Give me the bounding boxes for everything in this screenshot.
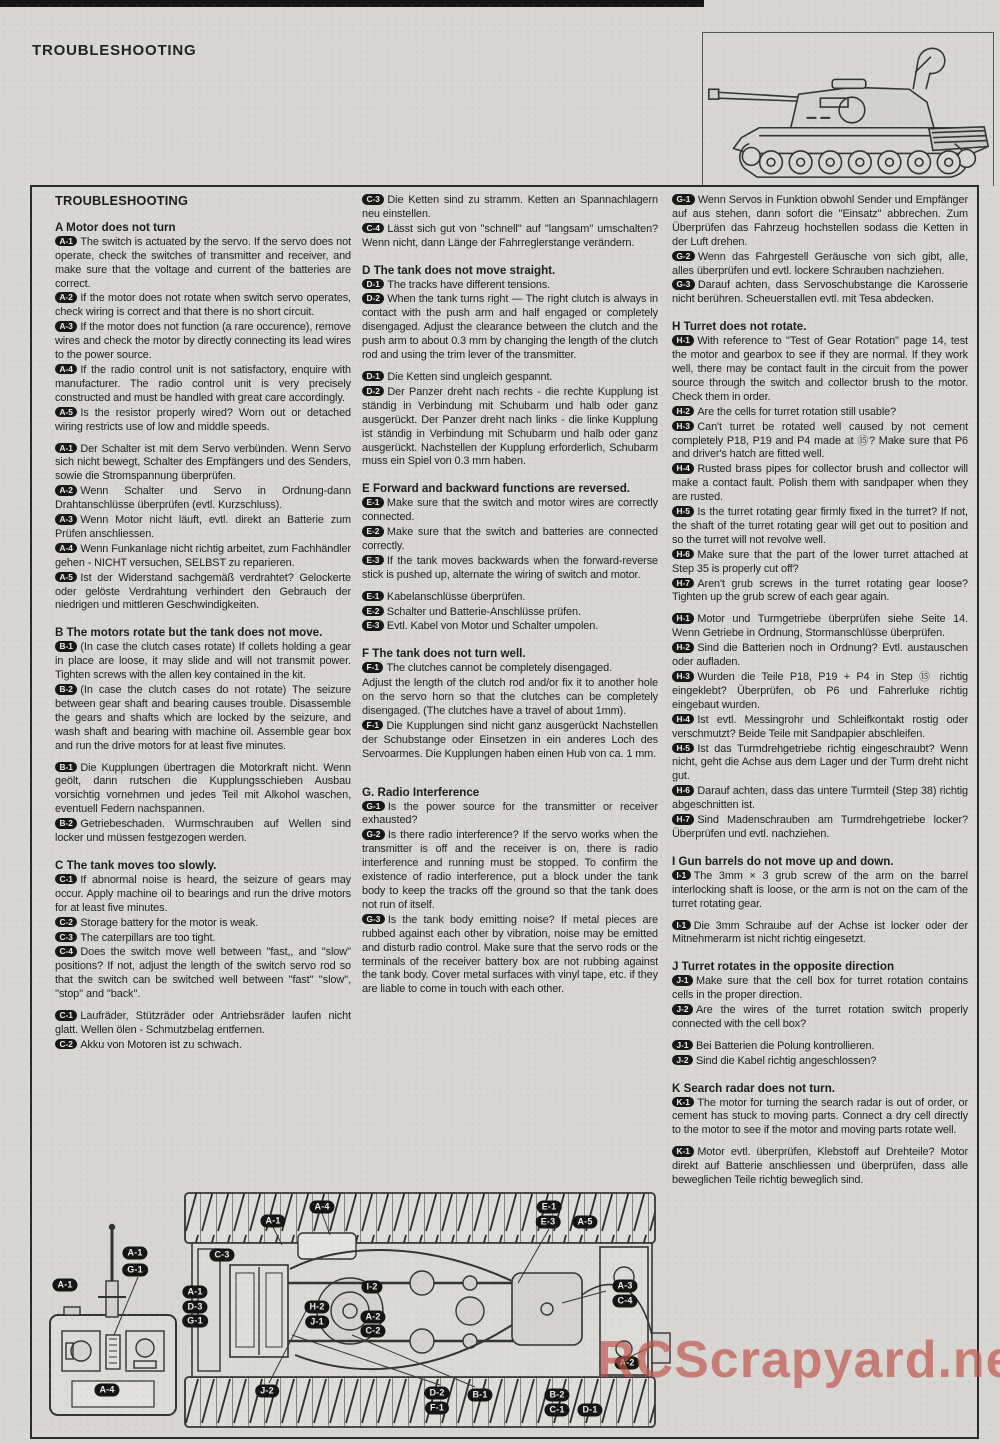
text-block: G-3Is the tank body emitting noise? If m… xyxy=(362,914,658,997)
text-block: J-1Bei Batterien die Polung kontrolliere… xyxy=(672,1040,968,1054)
item-text: Die Ketten sind ungleich gespannt. xyxy=(387,371,552,383)
text-block: K-1Motor evtl. überprüfen, Klebstoff auf… xyxy=(672,1146,968,1188)
item-badge: K-1 xyxy=(672,1146,694,1157)
item-text: Kabelanschlüsse überprüfen. xyxy=(387,591,525,603)
item-text: Adjust the length of the clutch rod and/… xyxy=(362,677,658,717)
item-badge: G-1 xyxy=(362,801,385,812)
text-block: H-1Motor und Turmgetriebe überprüfen sie… xyxy=(672,613,968,641)
manual-page: TROUBLESHOOTING xyxy=(0,0,1000,1443)
watermark: RCScrapyard.net xyxy=(597,1330,1000,1390)
item-text: Sind die Batterien noch in Ordnung? Evtl… xyxy=(672,642,968,668)
item-badge: A-3 xyxy=(55,321,77,332)
item-text: D The tank does not move straight. xyxy=(362,264,555,277)
item-text: Der Panzer dreht nach rechts - die recht… xyxy=(362,386,658,468)
text-block: D-2When the tank turns right — The right… xyxy=(362,293,658,363)
item-text: Motor evtl. überprüfen, Klebstoff auf Dr… xyxy=(672,1146,968,1186)
text-block: H-2Sind die Batterien noch in Ordnung? E… xyxy=(672,642,968,670)
text-block: K Search radar does not turn. xyxy=(672,1082,968,1096)
item-badge: H-5 xyxy=(672,506,694,517)
text-block: A-2Wenn Schalter und Servo in Ordnung-da… xyxy=(55,485,351,513)
item-badge: I-1 xyxy=(672,920,691,931)
item-text: Evtl. Kabel von Motor und Schalter umpol… xyxy=(387,620,598,632)
item-text: J Turret rotates in the opposite directi… xyxy=(672,960,894,973)
item-badge: C-3 xyxy=(55,932,77,943)
text-block: H-1With reference to ''Test of Gear Rota… xyxy=(672,335,968,405)
item-badge: A-1 xyxy=(55,443,77,454)
item-text: Darauf achten, dass Servoschubstange die… xyxy=(672,279,968,305)
item-badge: I-1 xyxy=(672,870,691,881)
text-block: G-3Darauf achten, dass Servoschubstange … xyxy=(672,279,968,307)
item-text: Die 3mm Schraube auf der Achse ist locke… xyxy=(672,920,968,946)
item-badge: A-3 xyxy=(55,514,77,525)
item-badge: A-2 xyxy=(55,485,77,496)
item-badge: G-3 xyxy=(672,279,695,290)
item-badge: H-4 xyxy=(672,463,694,474)
text-block: A-5Ist der Widerstand sachgemäß verdraht… xyxy=(55,572,351,614)
item-badge: K-1 xyxy=(672,1097,694,1108)
text-block: H-5Ist das Turmdrehgetriebe richtig eing… xyxy=(672,743,968,785)
item-text: Der Schalter ist mit dem Servo verbünden… xyxy=(55,443,351,483)
item-text: A Motor does not turn xyxy=(55,221,176,234)
item-badge: H-3 xyxy=(672,421,694,432)
item-text: Die Ketten sind zu stramm. Ketten an Spa… xyxy=(362,194,658,220)
text-block: E-3If the tank moves backwards when the … xyxy=(362,555,658,583)
item-badge: G-1 xyxy=(672,194,695,205)
text-block: I-1Die 3mm Schraube auf der Achse ist lo… xyxy=(672,920,968,948)
text-block: G-1Wenn Servos in Funktion obwohl Sender… xyxy=(672,194,968,250)
scan-edge-strip xyxy=(0,0,704,7)
item-text: E Forward and backward functions are rev… xyxy=(362,482,630,495)
item-badge: C-3 xyxy=(362,194,384,205)
text-block: H-6Darauf achten, dass das untere Turmte… xyxy=(672,785,968,813)
text-block: H-5Is the turret rotating gear firmly fi… xyxy=(672,506,968,548)
text-block: B-2(In case the clutch cases do not rota… xyxy=(55,684,351,754)
item-badge: H-2 xyxy=(672,642,694,653)
item-text: Bei Batterien die Polung kontrollieren. xyxy=(696,1040,874,1052)
item-text: The motor for turning the search radar i… xyxy=(672,1097,968,1137)
item-text: Die Kupplungen sind nicht ganz ausgerück… xyxy=(362,720,658,760)
text-block: I Gun barrels do not move up and down. xyxy=(672,855,968,869)
item-text: TROUBLESHOOTING xyxy=(55,194,188,208)
item-badge: E-2 xyxy=(362,526,384,537)
item-badge: C-4 xyxy=(55,946,77,957)
text-block: D The tank does not move straight. xyxy=(362,264,658,278)
item-text: Is the power source for the transmitter … xyxy=(362,801,658,827)
item-badge: C-2 xyxy=(55,1039,77,1050)
item-badge: D-1 xyxy=(362,279,384,290)
item-badge: H-6 xyxy=(672,549,694,560)
item-text: Make sure that the switch and motor wire… xyxy=(362,497,658,523)
item-badge: C-2 xyxy=(55,917,77,928)
item-text: Sind Madenschrauben am Turmdrehgetriebe … xyxy=(672,814,968,840)
text-block: G-2Is there radio interference? If the s… xyxy=(362,829,658,912)
item-text: Laufräder, Stützräder oder Antriebsräder… xyxy=(55,1010,351,1036)
item-text: Wenn Motor nicht läuft, evtl. direkt an … xyxy=(55,514,351,540)
item-text: C The tank moves too slowly. xyxy=(55,859,217,872)
item-badge: F-1 xyxy=(362,662,383,673)
text-block: A-1The switch is actuated by the servo. … xyxy=(55,236,351,292)
item-text: G. Radio Interference xyxy=(362,786,479,799)
item-text: Wenn Funkanlage nicht richtig arbeitet, … xyxy=(55,543,351,569)
item-badge: C-4 xyxy=(362,223,384,234)
text-block: D-1The tracks have different tensions. xyxy=(362,279,658,293)
text-block: A-5Is the resistor properly wired? Worn … xyxy=(55,407,351,435)
text-block: A-1Der Schalter ist mit dem Servo verbün… xyxy=(55,443,351,485)
item-badge: H-1 xyxy=(672,613,694,624)
text-block: C-3Die Ketten sind zu stramm. Ketten an … xyxy=(362,194,658,222)
text-block: E-2Schalter und Batterie-Anschlüsse prüf… xyxy=(362,606,658,620)
item-text: Storage battery for the motor is weak. xyxy=(80,917,258,929)
item-text: (In case the clutch cases do not rotate)… xyxy=(55,684,351,752)
text-block: G. Radio Interference xyxy=(362,786,658,800)
text-block: J-1Make sure that the cell box for turre… xyxy=(672,975,968,1003)
text-block: H-4Rusted brass pipes for collector brus… xyxy=(672,463,968,505)
text-block: Adjust the length of the clutch rod and/… xyxy=(362,677,658,719)
item-badge: F-1 xyxy=(362,720,383,731)
item-text: If the tank moves backwards when the for… xyxy=(362,555,658,581)
item-badge: H-5 xyxy=(672,743,694,754)
text-block: H-3Can't turret be rotated well caused b… xyxy=(672,421,968,463)
item-text: Can't turret be rotated well caused by n… xyxy=(672,421,968,461)
text-block: C-2Akku von Motoren ist zu schwach. xyxy=(55,1039,351,1053)
item-text: Rusted brass pipes for collector brush a… xyxy=(672,463,968,503)
item-text: Is the turret rotating gear firmly fixed… xyxy=(672,506,968,546)
item-text: Wenn Schalter und Servo in Ordnung-dann … xyxy=(55,485,351,511)
item-text: If the motor does not rotate when switch… xyxy=(55,292,351,318)
item-badge: A-5 xyxy=(55,572,77,583)
item-text: Ist der Widerstand sachgemäß verdrahtet?… xyxy=(55,572,351,612)
text-block: A-3Wenn Motor nicht läuft, evtl. direkt … xyxy=(55,514,351,542)
item-text: Wurden die Teile P18, P19 + P4 in Step ⑮… xyxy=(672,671,968,711)
text-block: B The motors rotate but the tank does no… xyxy=(55,626,351,640)
item-badge: G-3 xyxy=(362,914,385,925)
text-block: J-2Are the wires of the turret rotation … xyxy=(672,1004,968,1032)
gepard-tank-icon xyxy=(703,33,993,186)
item-badge: B-2 xyxy=(55,684,77,695)
item-badge: H-3 xyxy=(672,671,694,682)
item-badge: A-5 xyxy=(55,407,77,418)
item-badge: E-1 xyxy=(362,591,384,602)
item-badge: J-2 xyxy=(672,1004,693,1015)
text-block: C-4Lässt sich gut von ''schnell'' auf ''… xyxy=(362,223,658,251)
item-text: Wenn das Fahrgestell Geräusche von sich … xyxy=(672,251,968,277)
item-badge: G-2 xyxy=(672,251,695,262)
item-text: Ist das Turmdrehgetriebe richtig eingesc… xyxy=(672,743,968,783)
item-text: I Gun barrels do not move up and down. xyxy=(672,855,894,868)
text-block: H-2Are the cells for turret rotation sti… xyxy=(672,406,968,420)
text-block: G-2Wenn das Fahrgestell Geräusche von si… xyxy=(672,251,968,279)
item-text: The switch is actuated by the servo. If … xyxy=(55,236,351,290)
item-text: Make sure that the part of the lower tur… xyxy=(672,549,968,575)
item-badge: B-1 xyxy=(55,762,77,773)
item-badge: E-3 xyxy=(362,555,384,566)
text-block: A Motor does not turn xyxy=(55,221,351,235)
text-block: J-2Sind die Kabel richtig angeschlossen? xyxy=(672,1055,968,1069)
text-block: E-2Make sure that the switch and batteri… xyxy=(362,526,658,554)
item-badge: D-2 xyxy=(362,293,384,304)
item-text: Ist evtl. Messingrohr und Schleifkontakt… xyxy=(672,714,968,740)
item-text: Does the switch move well between ''fast… xyxy=(55,946,351,1000)
item-badge: H-6 xyxy=(672,785,694,796)
item-text: K Search radar does not turn. xyxy=(672,1082,835,1095)
text-block: E-1Make sure that the switch and motor w… xyxy=(362,497,658,525)
text-block: A-2If the motor does not rotate when swi… xyxy=(55,292,351,320)
column-1: TROUBLESHOOTING A Motor does not turn A-… xyxy=(55,194,351,1182)
item-badge: A-2 xyxy=(55,292,77,303)
text-block: C-4Does the switch move well between ''f… xyxy=(55,946,351,1002)
item-badge: G-2 xyxy=(362,829,385,840)
text-block: F-1The clutches cannot be completely dis… xyxy=(362,662,658,676)
item-badge: E-2 xyxy=(362,606,384,617)
text-block: A-4If the radio control unit is not sati… xyxy=(55,364,351,406)
item-badge: H-4 xyxy=(672,714,694,725)
text-block: C-1If abnormal noise is heard, the seizu… xyxy=(55,874,351,916)
item-text: The 3mm × 3 grub screw of the arm on the… xyxy=(672,870,968,910)
item-badge: J-1 xyxy=(672,975,693,986)
text-block: H Turret does not rotate. xyxy=(672,320,968,334)
item-text: Motor und Turmgetriebe überprüfen siehe … xyxy=(672,613,968,639)
text-block: B-1(In case the clutch cases rotate) If … xyxy=(55,641,351,683)
text-block: D-1Die Ketten sind ungleich gespannt. xyxy=(362,371,658,385)
text-block: H-4Ist evtl. Messingrohr und Schleifkont… xyxy=(672,714,968,742)
item-text: Akku von Motoren ist zu schwach. xyxy=(80,1039,241,1051)
item-badge: D-2 xyxy=(362,386,384,397)
item-text: If the radio control unit is not satisfa… xyxy=(55,364,351,404)
item-text: Getriebeschaden. Wurmschrauben auf Welle… xyxy=(55,818,351,844)
item-text: Is the tank body emitting noise? If meta… xyxy=(362,914,658,996)
text-block: K-1The motor for turning the search rada… xyxy=(672,1097,968,1139)
item-text: Schalter und Batterie-Anschlüsse prüfen. xyxy=(387,606,581,618)
item-text: Aren't grub screws in the turret rotatin… xyxy=(672,578,968,604)
text-block: D-2Der Panzer dreht nach rechts - die re… xyxy=(362,386,658,469)
item-badge: J-2 xyxy=(672,1055,693,1066)
item-badge: J-1 xyxy=(672,1040,693,1051)
item-text: F The tank does not turn well. xyxy=(362,647,526,660)
item-badge: E-3 xyxy=(362,620,384,631)
text-block: C-2Storage battery for the motor is weak… xyxy=(55,917,351,931)
text-block: F The tank does not turn well. xyxy=(362,647,658,661)
item-badge: A-1 xyxy=(55,236,77,247)
item-text: Lässt sich gut von ''schnell'' auf ''lan… xyxy=(362,223,658,249)
item-badge: H-7 xyxy=(672,578,694,589)
item-text: Is there radio interference? If the serv… xyxy=(362,829,658,911)
text-block: E Forward and backward functions are rev… xyxy=(362,482,658,496)
item-badge: A-4 xyxy=(55,543,77,554)
item-badge: A-4 xyxy=(55,364,77,375)
text-block: E-3Evtl. Kabel von Motor und Schalter um… xyxy=(362,620,658,634)
text-block: TROUBLESHOOTING xyxy=(55,194,351,208)
text-block: I-1The 3mm × 3 grub screw of the arm on … xyxy=(672,870,968,912)
item-badge: H-7 xyxy=(672,814,694,825)
text-block: C-3The caterpillars are too tight. xyxy=(55,932,351,946)
item-text: When the tank turns right — The right cl… xyxy=(362,293,658,361)
column-3: G-1Wenn Servos in Funktion obwohl Sender… xyxy=(672,194,968,1424)
item-badge: C-1 xyxy=(55,1010,77,1021)
text-block: B-2Getriebeschaden. Wurmschrauben auf We… xyxy=(55,818,351,846)
item-badge: H-2 xyxy=(672,406,694,417)
item-badge: B-1 xyxy=(55,641,77,652)
item-text: The clutches cannot be completely diseng… xyxy=(386,662,612,674)
item-badge: B-2 xyxy=(55,818,77,829)
item-text: If the motor does not function (a rare o… xyxy=(55,321,351,361)
item-text: Make sure that the switch and batteries … xyxy=(362,526,658,552)
text-block: H-7Sind Madenschrauben am Turmdrehgetrie… xyxy=(672,814,968,842)
text-block: B-1Die Kupplungen übertragen die Motorkr… xyxy=(55,762,351,818)
text-block: C The tank moves too slowly. xyxy=(55,859,351,873)
text-block: A-4Wenn Funkanlage nicht richtig arbeite… xyxy=(55,543,351,571)
item-text: H Turret does not rotate. xyxy=(672,320,806,333)
item-badge: D-1 xyxy=(362,371,384,382)
text-block: G-1Is the power source for the transmitt… xyxy=(362,801,658,829)
item-text: If abnormal noise is heard, the seizure … xyxy=(55,874,351,914)
page-title: TROUBLESHOOTING xyxy=(32,42,197,59)
item-badge: E-1 xyxy=(362,497,384,508)
item-text: The caterpillars are too tight. xyxy=(80,932,215,944)
item-text: (In case the clutch cases rotate) If col… xyxy=(55,641,351,681)
item-text: Die Kupplungen übertragen die Motorkraft… xyxy=(55,762,351,816)
item-text: Sind die Kabel richtig angeschlossen? xyxy=(696,1055,876,1067)
item-text: B The motors rotate but the tank does no… xyxy=(55,626,322,639)
item-text: Are the cells for turret rotation still … xyxy=(697,406,896,418)
item-text: Are the wires of the turret rotation swi… xyxy=(672,1004,968,1030)
item-text: Is the resistor properly wired? Worn out… xyxy=(55,407,351,433)
text-block: F-1Die Kupplungen sind nicht ganz ausger… xyxy=(362,720,658,762)
text-block: H-3Wurden die Teile P18, P19 + P4 in Ste… xyxy=(672,671,968,713)
tank-illustration-box xyxy=(702,32,994,186)
item-text: Darauf achten, dass das untere Turmteil … xyxy=(672,785,968,811)
item-badge: C-1 xyxy=(55,874,77,885)
item-text: Wenn Servos in Funktion obwohl Sender un… xyxy=(672,194,968,248)
text-block: E-1Kabelanschlüsse überprüfen. xyxy=(362,591,658,605)
item-text: Make sure that the cell box for turret r… xyxy=(672,975,968,1001)
column-2: C-3Die Ketten sind zu stramm. Ketten an … xyxy=(362,194,658,1182)
text-block: A-3If the motor does not function (a rar… xyxy=(55,321,351,363)
item-text: The tracks have different tensions. xyxy=(387,279,550,291)
text-block: H-7Aren't grub screws in the turret rota… xyxy=(672,578,968,606)
item-text: With reference to ''Test of Gear Rotatio… xyxy=(672,335,968,403)
text-block: J Turret rotates in the opposite directi… xyxy=(672,960,968,974)
text-block: C-1Laufräder, Stützräder oder Antriebsrä… xyxy=(55,1010,351,1038)
item-badge: H-1 xyxy=(672,335,694,346)
text-block: H-6Make sure that the part of the lower … xyxy=(672,549,968,577)
